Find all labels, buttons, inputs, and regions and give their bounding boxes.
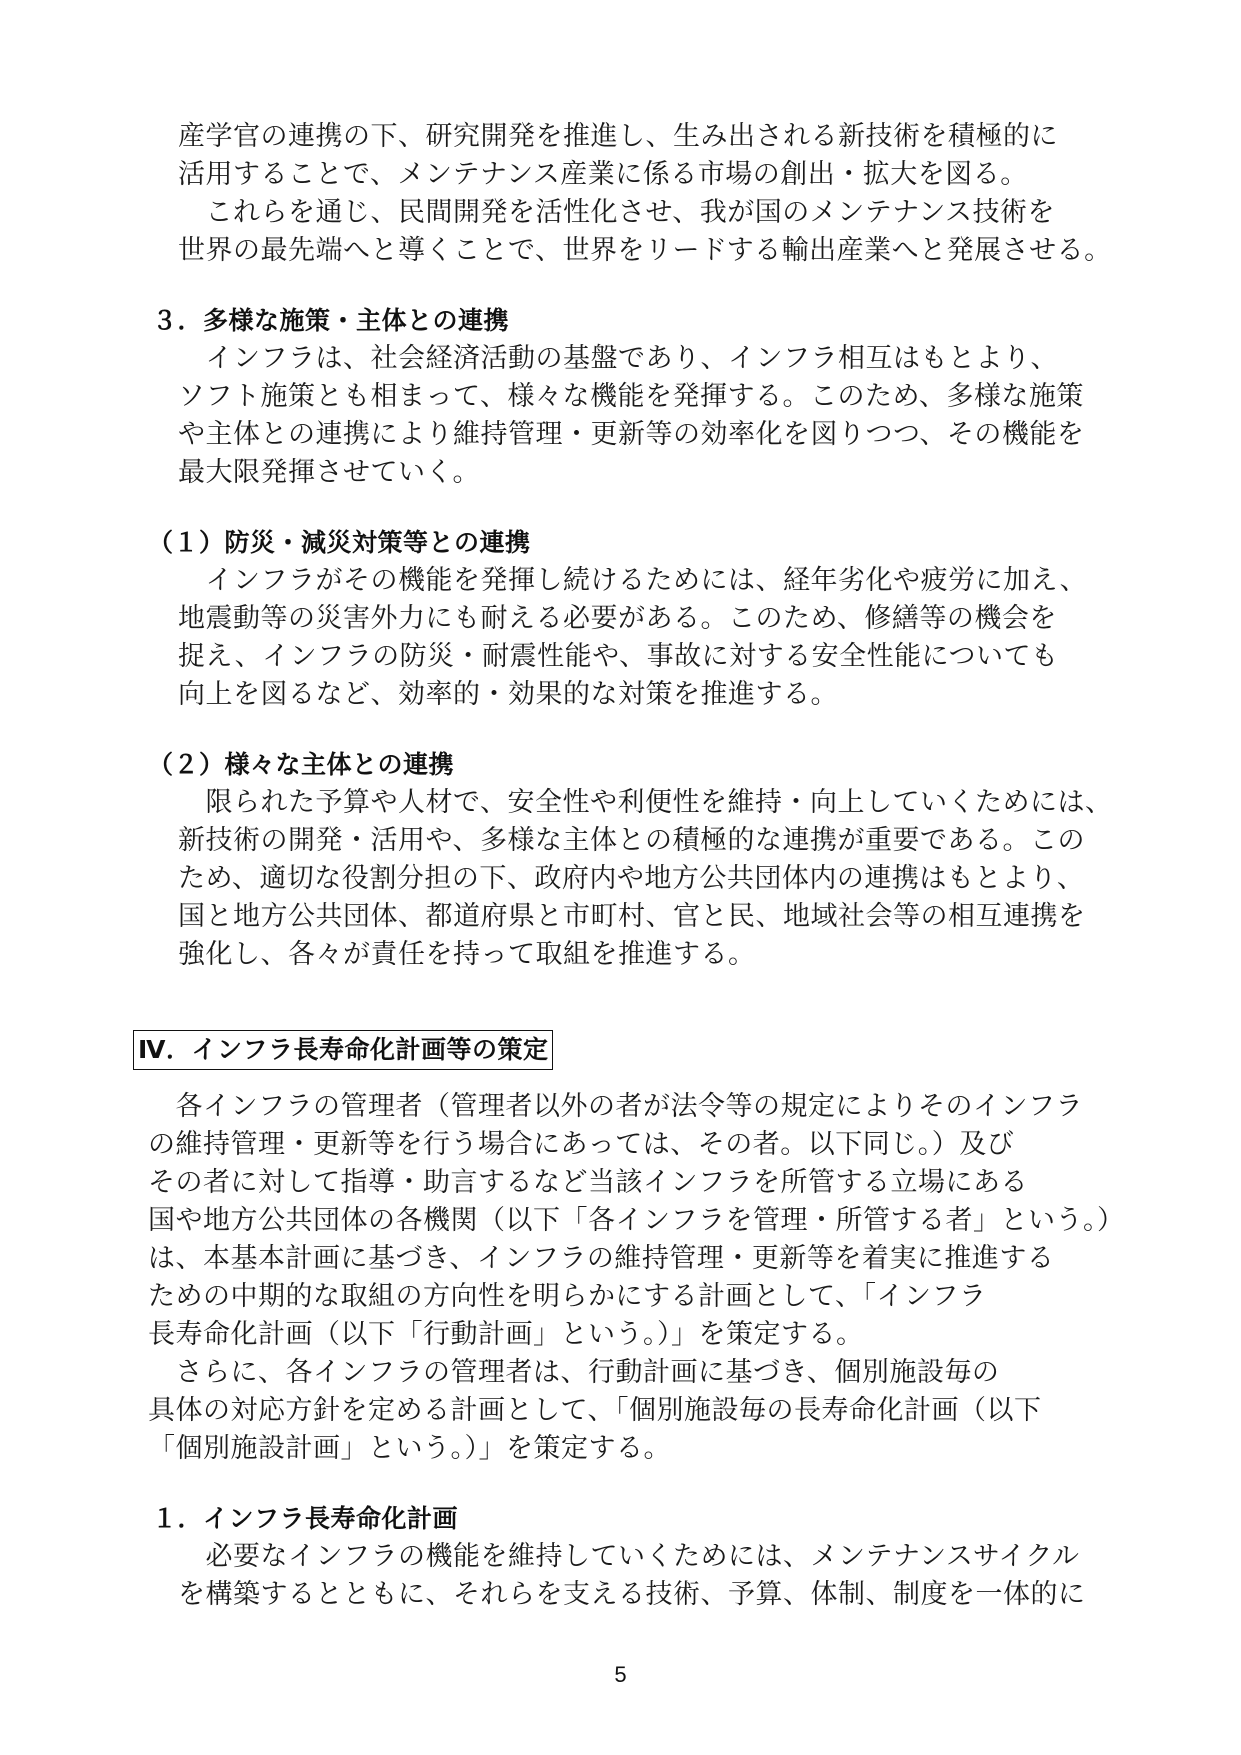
text-line: 各インフラの管理者（管理者以外の者が法令等の規定によりそのインフラ — [148, 1088, 1083, 1126]
section-heading: １．インフラ長寿命化計画 — [152, 1500, 458, 1538]
text-line: 強化し、各々が責任を持って取組を推進する。 — [178, 936, 756, 974]
text-line: 具体の対応方針を定める計画として、「個別施設毎の長寿命化計画（以下 — [148, 1392, 1041, 1430]
text-line: を構築するとともに、それらを支える技術、予算、体制、制度を一体的に — [178, 1576, 1086, 1614]
text-line: 産学官の連携の下、研究開発を推進し、生み出される新技術を積極的に — [178, 118, 1078, 156]
text-line: 新技術の開発・活用や、多様な主体との積極的な連携が重要である。この — [178, 822, 1085, 860]
text-line: 長寿命化計画（以下「行動計画」という。）」を策定する。 — [148, 1316, 864, 1354]
text-line: 向上を図るなど、効率的・効果的な対策を推進する。 — [178, 676, 838, 714]
text-line: インフラは、社会経済活動の基盤であり、インフラ相互はもとより、 — [178, 340, 1058, 378]
text-line: 捉え、インフラの防災・耐震性能や、事故に対する安全性能についても — [178, 638, 1059, 676]
subsection-heading: （１）防災・減災対策等との連携 — [148, 524, 531, 562]
text-line: ため、適切な役割分担の下、政府内や地方公共団体内の連携はもとより、 — [178, 860, 1084, 898]
section-heading: ３．多様な施策・主体との連携 — [152, 302, 509, 340]
text-line: 限られた予算や人材で、安全性や利便性を維持・向上していくためには、 — [178, 784, 1112, 822]
text-line: これらを通じ、民間開発を活性化させ、我が国のメンテナンス技術を — [178, 194, 1078, 232]
text-line: インフラがその機能を発揮し続けるためには、経年劣化や疲労に加え、 — [178, 562, 1087, 600]
text-line: さらに、各インフラの管理者は、行動計画に基づき、個別施設毎の — [148, 1354, 999, 1392]
page-number: 5 — [0, 1662, 1241, 1688]
text-line: の維持管理・更新等を行う場合にあっては、その者。以下同じ。）及び — [148, 1126, 1014, 1164]
text-line: ソフト施策とも相まって、様々な機能を発揮する。このため、多様な施策 — [178, 378, 1084, 416]
text-line: 活用することで、メンテナンス産業に係る市場の創出・拡大を図る。 — [178, 156, 1078, 194]
text-line: 国と地方公共団体、都道府県と市町村、官と民、地域社会等の相互連携を — [178, 898, 1086, 936]
text-line: 国や地方公共団体の各機関（以下「各インフラを管理・所管する者」という。） — [148, 1202, 1125, 1240]
text-line: 必要なインフラの機能を維持していくためには、メンテナンスサイクル — [178, 1538, 1080, 1576]
text-line: 世界の最先端へと導くことで、世界をリードする輸出産業へと発展させる。 — [178, 232, 1098, 270]
text-line: 「個別施設計画」という。）」を策定する。 — [148, 1430, 671, 1468]
text-line: その者に対して指導・助言するなど当該インフラを所管する立場にある — [148, 1164, 1028, 1202]
chapter-heading-box: Ⅳ．インフラ長寿命化計画等の策定 — [133, 1030, 553, 1070]
text-line: や主体との連携により維持管理・更新等の効率化を図りつつ、その機能を — [178, 416, 1084, 454]
document-page: 産学官の連携の下、研究開発を推進し、生み出される新技術を積極的に 活用することで… — [0, 0, 1241, 1755]
text-line: ための中期的な取組の方向性を明らかにする計画として、「インフラ — [148, 1278, 986, 1316]
subsection-heading: （２）様々な主体との連携 — [148, 746, 454, 784]
text-line: 最大限発揮させていく。 — [178, 454, 480, 492]
text-line: 地震動等の災害外力にも耐える必要がある。このため、修繕等の機会を — [178, 600, 1057, 638]
text-line: は、本基本計画に基づき、インフラの維持管理・更新等を着実に推進する — [148, 1240, 1054, 1278]
